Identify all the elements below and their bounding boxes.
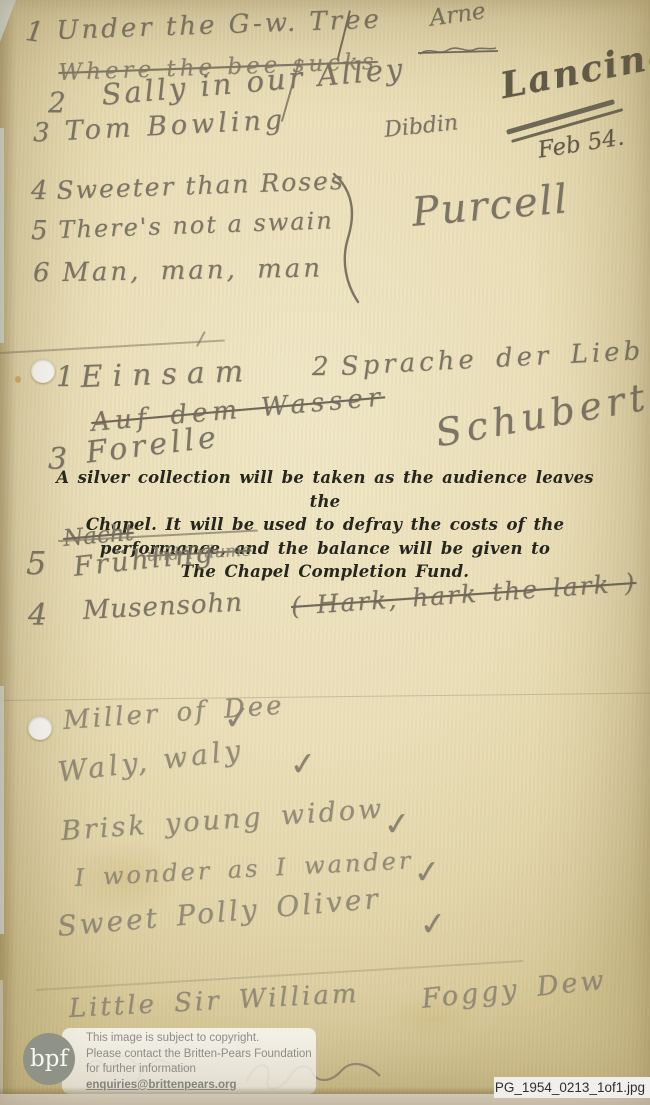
composer-annotation-purcell: Purcell	[410, 176, 571, 236]
venue-annotation: Lancing	[497, 32, 650, 107]
composer-annotation-arne: Arne	[428, 0, 487, 32]
copyright-watermark-text: This image is subject to copyright. Plea…	[86, 1031, 312, 1093]
song-title: There's not a swain	[58, 206, 334, 244]
punch-hole	[31, 359, 55, 383]
song-number: 4	[28, 598, 47, 633]
song-title: Waly, waly	[56, 733, 246, 789]
composer-annotation-dibdin: Dibdin	[383, 110, 459, 143]
pencil-tick	[196, 331, 205, 347]
scanner-edge	[0, 686, 4, 934]
song-number: 2	[312, 352, 329, 382]
watermark-line-3: for further information	[86, 1062, 312, 1078]
song-title: Man, man, man	[62, 253, 323, 288]
song-number: 4	[31, 176, 48, 206]
song-title: Foggy Dew	[420, 965, 608, 1015]
scanner-edge	[0, 980, 3, 1094]
bpf-logo-text: bpf	[30, 1046, 68, 1072]
song-number: 3	[33, 118, 50, 148]
filename-label: PG_1954_0213_1of1.jpg	[494, 1077, 650, 1098]
watermark-email: enquiries@brittenpears.org	[86, 1078, 312, 1094]
song-title: Tom Bowling	[64, 104, 287, 147]
song-title: Miller of Dee	[62, 691, 285, 736]
scanner-edge	[0, 128, 4, 343]
checkmark: ✓	[418, 904, 448, 944]
song-number: 5	[26, 544, 46, 582]
fold-crease-line	[0, 693, 650, 702]
composer-annotation-schubert: Schubert	[432, 374, 650, 455]
song-title: Sweeter than Roses	[56, 166, 345, 205]
printed-notice-line-1: A silver collection will be taken as the…	[40, 466, 610, 513]
fold-crease-line	[0, 339, 225, 353]
checkmark: ✓	[412, 852, 442, 892]
punch-hole	[28, 716, 52, 740]
song-number: 1	[56, 360, 74, 393]
watermark-line-1: This image is subject to copyright.	[86, 1031, 312, 1047]
song-title: Sprache der Lieb	[340, 336, 645, 382]
song-number: 2	[48, 86, 66, 119]
paper-stain	[15, 376, 21, 383]
checkmark: ✓	[288, 744, 318, 784]
song-number: 6	[33, 258, 50, 288]
song-title: Einsam	[80, 354, 254, 395]
scanned-manuscript-page: 1 Under the G-w. Tree Where the bee suck…	[0, 0, 650, 1105]
watermark-line-2: Please contact the Britten-Pears Foundat…	[86, 1047, 312, 1063]
crossed-out-scrawl	[416, 42, 500, 62]
song-number: 5	[31, 216, 48, 246]
song-number: 1	[23, 14, 45, 49]
checkmark: ✓	[382, 804, 412, 844]
song-title: Under the G-w. Tree	[56, 5, 382, 46]
song-title: Brisk young widow	[60, 793, 385, 847]
bpf-logo: bpf	[23, 1033, 75, 1085]
grouping-brace	[326, 168, 362, 308]
checkmark: ✓	[222, 698, 252, 738]
song-title: Musensohn	[82, 588, 244, 626]
